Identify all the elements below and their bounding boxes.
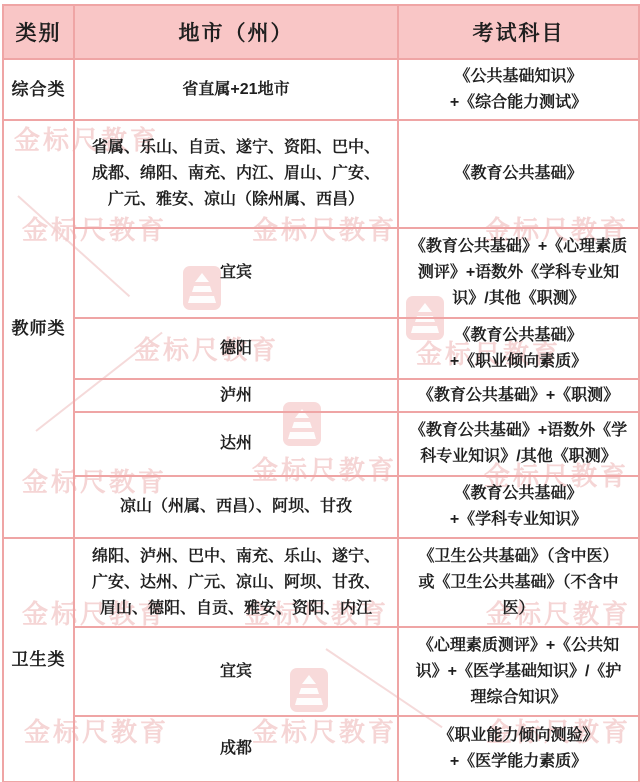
region-cell: 宜宾 [74,627,398,716]
subjects-cell: 《教育公共基础》 +《学科专业知识》 [398,476,639,538]
column-header-category: 类别 [3,5,74,59]
table-row: 宜宾《教育公共基础》+《心理素质 测评》+语数外《学科专业知 识》/其他《职测》 [3,228,639,318]
region-cell: 德阳 [74,318,398,379]
region-cell: 泸州 [74,379,398,412]
subjects-cell: 《教育公共基础》 +《职业倾向素质》 [398,318,639,379]
table-body: 综合类省直属+21地市《公共基础知识》 +《综合能力测试》教师类省属、乐山、自贡… [3,59,639,782]
column-header-subjects: 考试科目 [398,5,639,59]
table-row: 凉山（州属、西昌）、阿坝、甘孜《教育公共基础》 +《学科专业知识》 [3,476,639,538]
table-row: 达州《教育公共基础》+语数外《学 科专业知识》/其他《职测》 [3,412,639,476]
table-row: 成都《职业能力倾向测验》 +《医学能力素质》 [3,716,639,782]
header-row: 类别 地市（州） 考试科目 [3,5,639,59]
category-cell: 综合类 [3,59,74,120]
exam-subjects-screenshot: 金标尺教育金标尺教育金标尺教育金标尺教育金标尺教育金标尺教育金标尺教育金标尺教育… [0,0,640,782]
subjects-cell: 《教育公共基础》+语数外《学 科专业知识》/其他《职测》 [398,412,639,476]
region-cell: 省直属+21地市 [74,59,398,120]
region-cell: 绵阳、泸州、巴中、南充、乐山、遂宁、 广安、达州、广元、凉山、阿坝、甘孜、 眉山… [74,538,398,627]
exam-subjects-table: 类别 地市（州） 考试科目 综合类省直属+21地市《公共基础知识》 +《综合能力… [2,4,640,782]
table-row: 泸州《教育公共基础》+《职测》 [3,379,639,412]
subjects-cell: 《心理素质测评》+《公共知 识》+《医学基础知识》/《护 理综合知识》 [398,627,639,716]
region-cell: 宜宾 [74,228,398,318]
region-cell: 凉山（州属、西昌）、阿坝、甘孜 [74,476,398,538]
table-row: 教师类省属、乐山、自贡、遂宁、资阳、巴中、 成都、绵阳、南充、内江、眉山、广安、… [3,120,639,228]
table-row: 综合类省直属+21地市《公共基础知识》 +《综合能力测试》 [3,59,639,120]
table-row: 卫生类绵阳、泸州、巴中、南充、乐山、遂宁、 广安、达州、广元、凉山、阿坝、甘孜、… [3,538,639,627]
region-cell: 达州 [74,412,398,476]
column-header-region: 地市（州） [74,5,398,59]
subjects-cell: 《卫生公共基础》（含中医） 或《卫生公共基础》（不含中 医） [398,538,639,627]
table-row: 德阳《教育公共基础》 +《职业倾向素质》 [3,318,639,379]
subjects-cell: 《教育公共基础》 [398,120,639,228]
category-cell: 卫生类 [3,538,74,782]
region-cell: 省属、乐山、自贡、遂宁、资阳、巴中、 成都、绵阳、南充、内江、眉山、广安、 广元… [74,120,398,228]
subjects-cell: 《职业能力倾向测验》 +《医学能力素质》 [398,716,639,782]
subjects-cell: 《公共基础知识》 +《综合能力测试》 [398,59,639,120]
region-cell: 成都 [74,716,398,782]
table-row: 宜宾《心理素质测评》+《公共知 识》+《医学基础知识》/《护 理综合知识》 [3,627,639,716]
category-cell: 教师类 [3,120,74,538]
subjects-cell: 《教育公共基础》+《心理素质 测评》+语数外《学科专业知 识》/其他《职测》 [398,228,639,318]
subjects-cell: 《教育公共基础》+《职测》 [398,379,639,412]
